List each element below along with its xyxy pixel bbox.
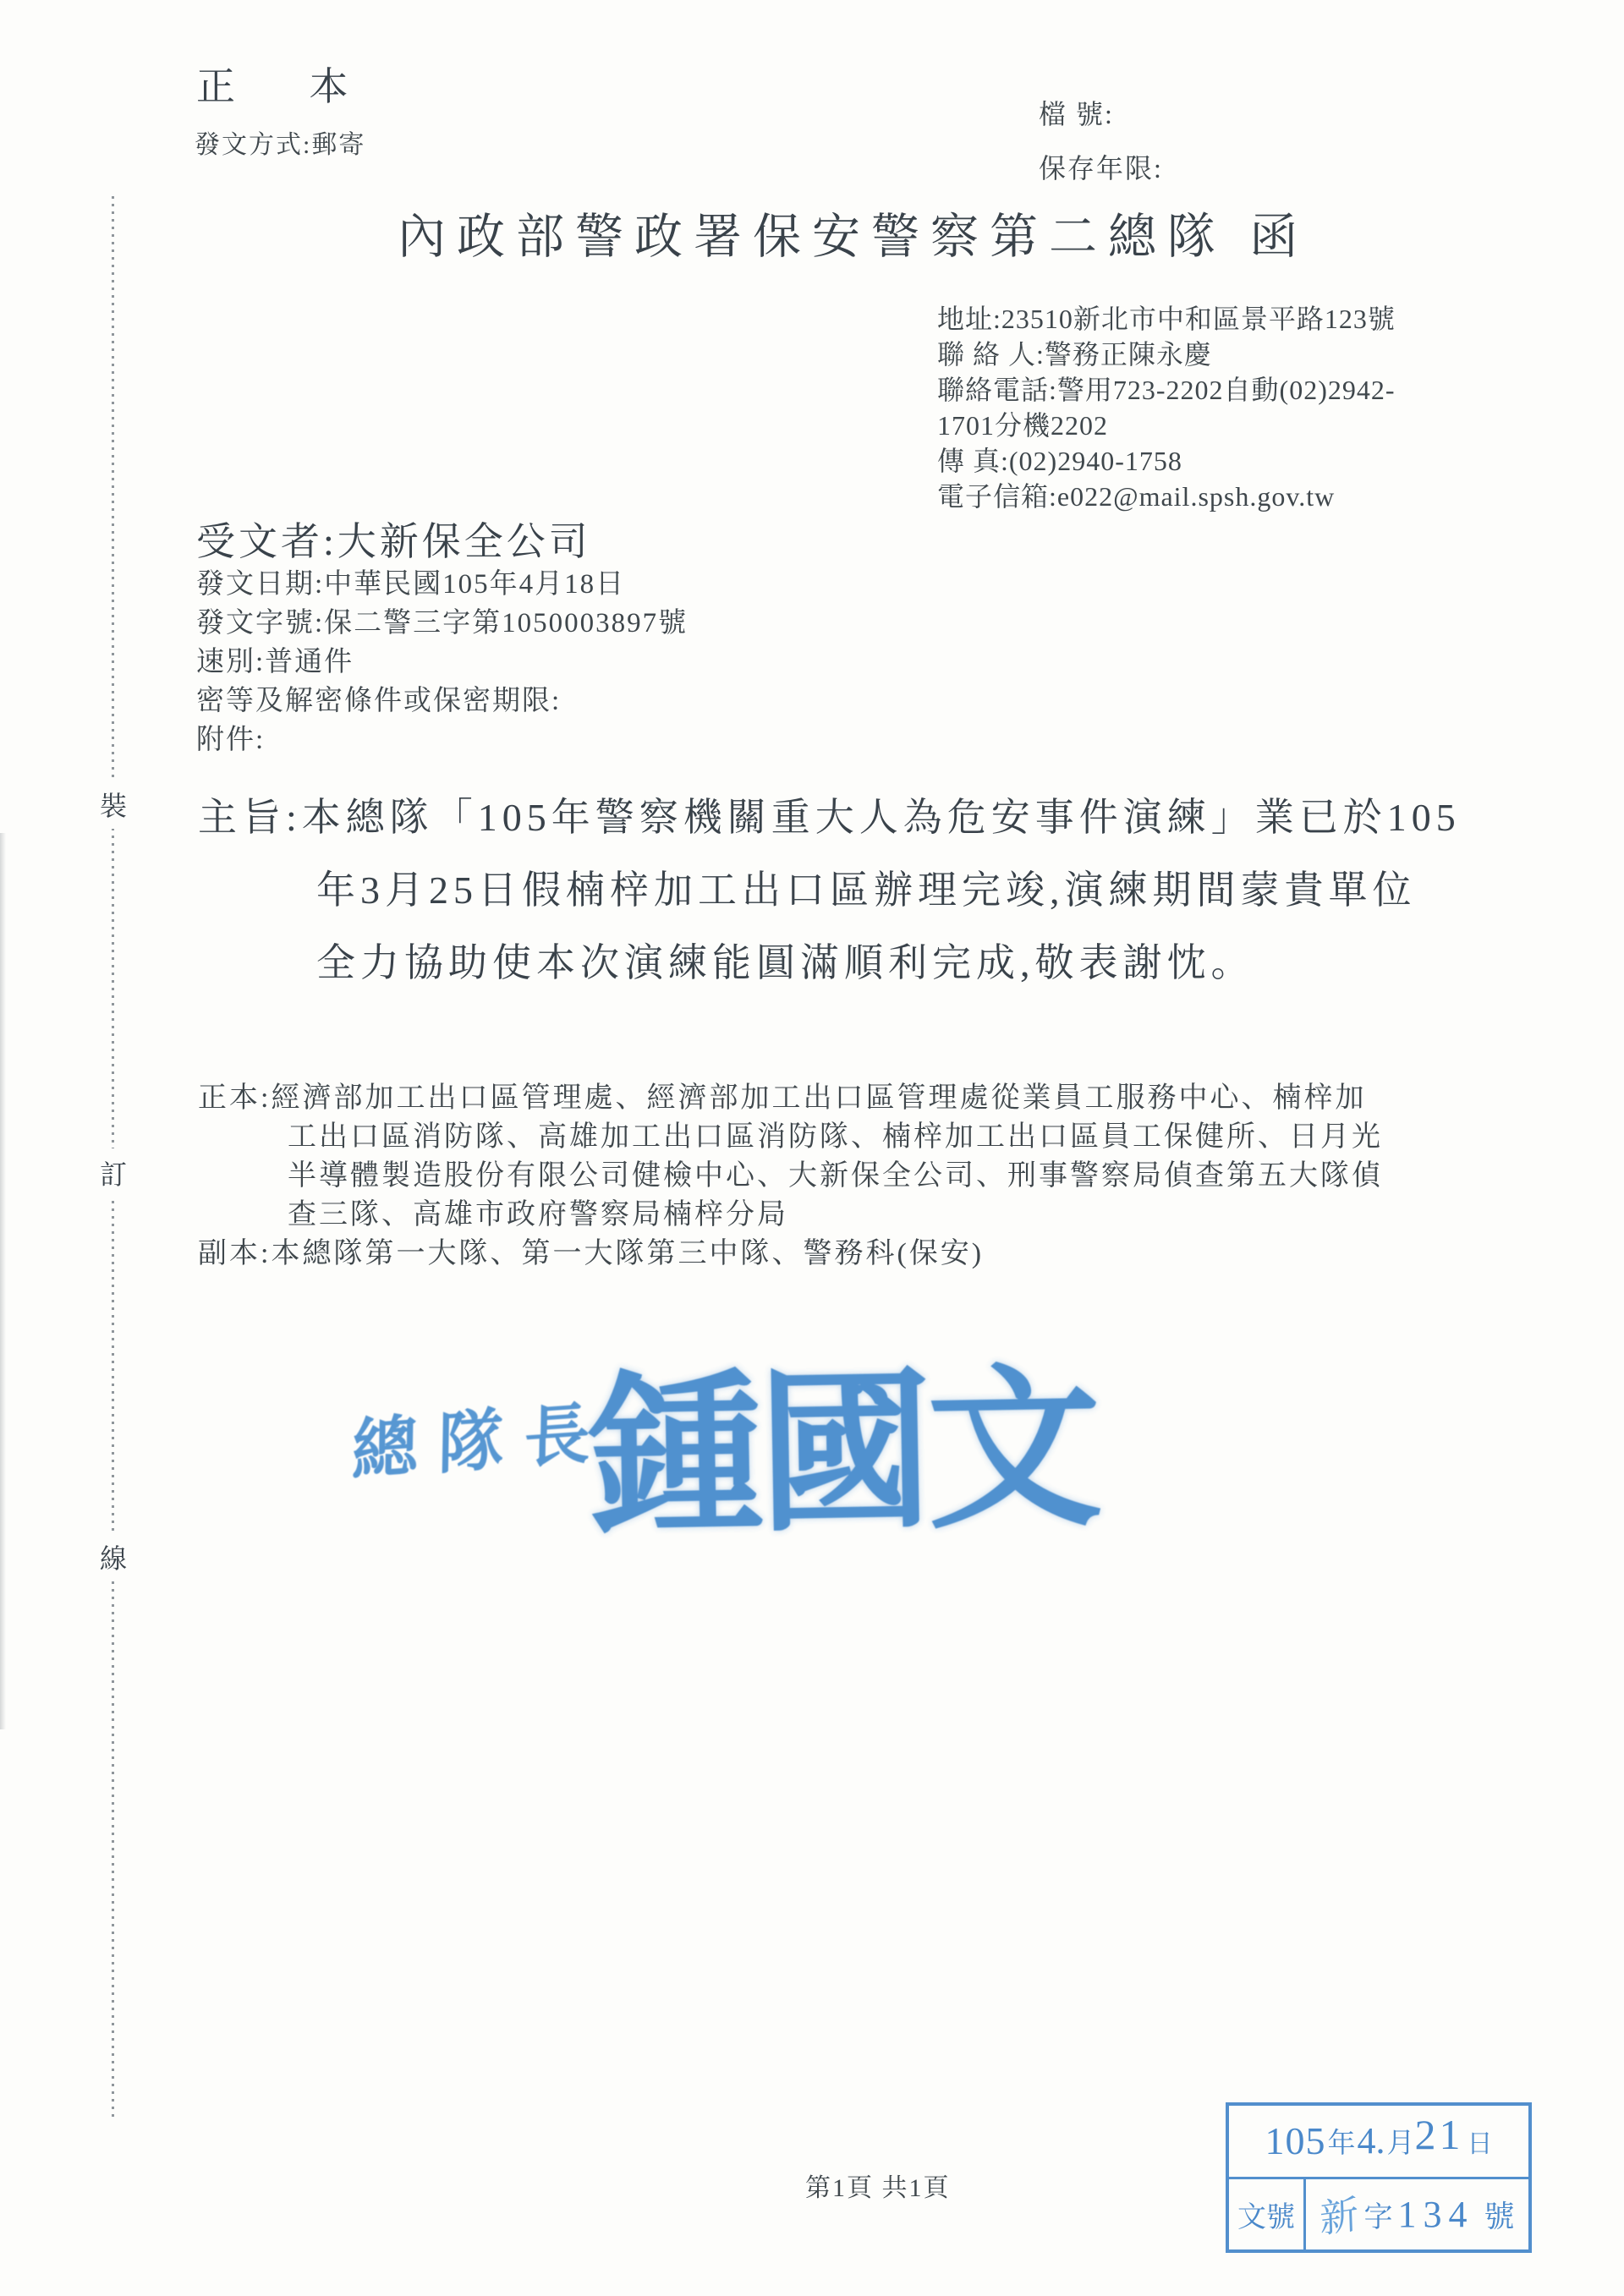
binding-mark-ding: 訂 bbox=[99, 1148, 128, 1197]
original-recipients-line-3: 半導體製造股份有限公司健檢中心、大新保全公司、刑事警察局偵查第五大隊偵 bbox=[288, 1157, 1383, 1196]
doc-number-digits: 134 bbox=[1397, 2193, 1473, 2236]
received-date-stamp: 105 年 4. 月 21 日 文號 新 字 134 號 bbox=[1226, 2102, 1532, 2253]
document-title: 內政部警政署保安警察第二總隊 函 bbox=[398, 198, 1309, 267]
sender-contact-person: 聯 絡 人:警務正陳永慶 bbox=[937, 337, 1396, 372]
day-label: 日 bbox=[1468, 2123, 1493, 2160]
signer-name-stamp: 鍾國文 bbox=[586, 1308, 1098, 1567]
subject-paragraph: 主旨:本總隊「105年警察機關重大人為危安事件演練」業已於105 年3月25日假… bbox=[198, 781, 1461, 1000]
page-number-footer: 第1頁 共1頁 bbox=[805, 2167, 951, 2204]
issue-number-line: 發文字號:保二警三字第1050003897號 bbox=[196, 604, 688, 643]
subject-line-1: 主旨:本總隊「105年警察機關重大人為危安事件演練」業已於105 bbox=[198, 781, 1461, 854]
doc-number-hao: 號 bbox=[1484, 2193, 1514, 2236]
sender-phone-line2: 1701分機2202 bbox=[937, 408, 1396, 443]
received-day: 21 bbox=[1415, 2110, 1464, 2159]
subject-line-3: 全力協助使本次演練能圓滿順利完成,敬表謝忱。 bbox=[316, 927, 1461, 1000]
received-number-row: 文號 新 字 134 號 bbox=[1229, 2179, 1528, 2250]
recipient-line: 受文者:大新保全公司 bbox=[196, 511, 591, 567]
delivery-method-label: 發文方式:郵寄 bbox=[195, 123, 365, 161]
attachment-line: 附件: bbox=[196, 721, 688, 759]
copy-recipients-line: 副本:本總隊第一大隊、第一大隊第三中隊、警務科(保安) bbox=[198, 1235, 1383, 1274]
doc-number-prefix-handwritten: 新 bbox=[1319, 2184, 1360, 2245]
copy-type-label: 正 本 bbox=[196, 56, 381, 112]
sender-address: 地址:23510新北市中和區景平路123號 bbox=[937, 301, 1396, 337]
doc-number-zi: 字 bbox=[1363, 2194, 1392, 2235]
month-label: 月 bbox=[1387, 2121, 1415, 2161]
received-month: 4. bbox=[1358, 2119, 1385, 2162]
sender-email: 電子信箱:e022@mail.spsh.gov.tw bbox=[937, 479, 1396, 514]
file-number-label: 檔 號: bbox=[1039, 93, 1114, 132]
binding-mark-xian: 線 bbox=[99, 1532, 128, 1581]
distribution-block: 正本:經濟部加工出口區管理處、經濟部加工出口區管理處從業員工服務中心、楠梓加 工… bbox=[198, 1079, 1383, 1274]
doc-number-label: 文號 bbox=[1229, 2179, 1306, 2250]
doc-number-value: 新 字 134 號 bbox=[1306, 2179, 1528, 2250]
received-year: 105 bbox=[1265, 2118, 1326, 2163]
year-label: 年 bbox=[1328, 2121, 1356, 2161]
original-recipients-line-4: 查三隊、高雄市政府警察局楠梓分局 bbox=[288, 1196, 1383, 1235]
official-letter-page: 正 本 發文方式:郵寄 檔 號: 保存年限: 內政部警政署保安警察第二總隊 函 … bbox=[0, 0, 1624, 2296]
original-recipients-line-2: 工出口區消防隊、高雄加工出口區消防隊、楠梓加工出口區員工保健所、日月光 bbox=[288, 1118, 1383, 1157]
scan-edge-artifact bbox=[0, 833, 6, 1729]
speed-class-line: 速別:普通件 bbox=[196, 643, 688, 682]
sender-phone-line1: 聯絡電話:警用723-2202自動(02)2942- bbox=[937, 372, 1396, 408]
retention-period-label: 保存年限: bbox=[1039, 147, 1163, 186]
sender-contact-block: 地址:23510新北市中和區景平路123號 聯 絡 人:警務正陳永慶 聯絡電話:… bbox=[937, 301, 1396, 514]
sender-fax: 傳 真:(02)2940-1758 bbox=[937, 443, 1396, 479]
security-class-line: 密等及解密條件或保密期限: bbox=[196, 682, 688, 721]
document-meta-block: 發文日期:中華民國105年4月18日 發文字號:保二警三字第1050003897… bbox=[196, 565, 688, 759]
binding-mark-zhuang: 裝 bbox=[99, 780, 128, 829]
subject-line-2: 年3月25日假楠梓加工出口區辦理完竣,演練期間蒙貴單位 bbox=[316, 854, 1461, 927]
original-recipients-line-1: 正本:經濟部加工出口區管理處、經濟部加工出口區管理處從業員工服務中心、楠梓加 bbox=[198, 1079, 1383, 1118]
signer-title-stamp: 總隊長 bbox=[351, 1379, 611, 1493]
issue-date-line: 發文日期:中華民國105年4月18日 bbox=[196, 565, 688, 604]
received-date-row: 105 年 4. 月 21 日 bbox=[1229, 2106, 1528, 2179]
